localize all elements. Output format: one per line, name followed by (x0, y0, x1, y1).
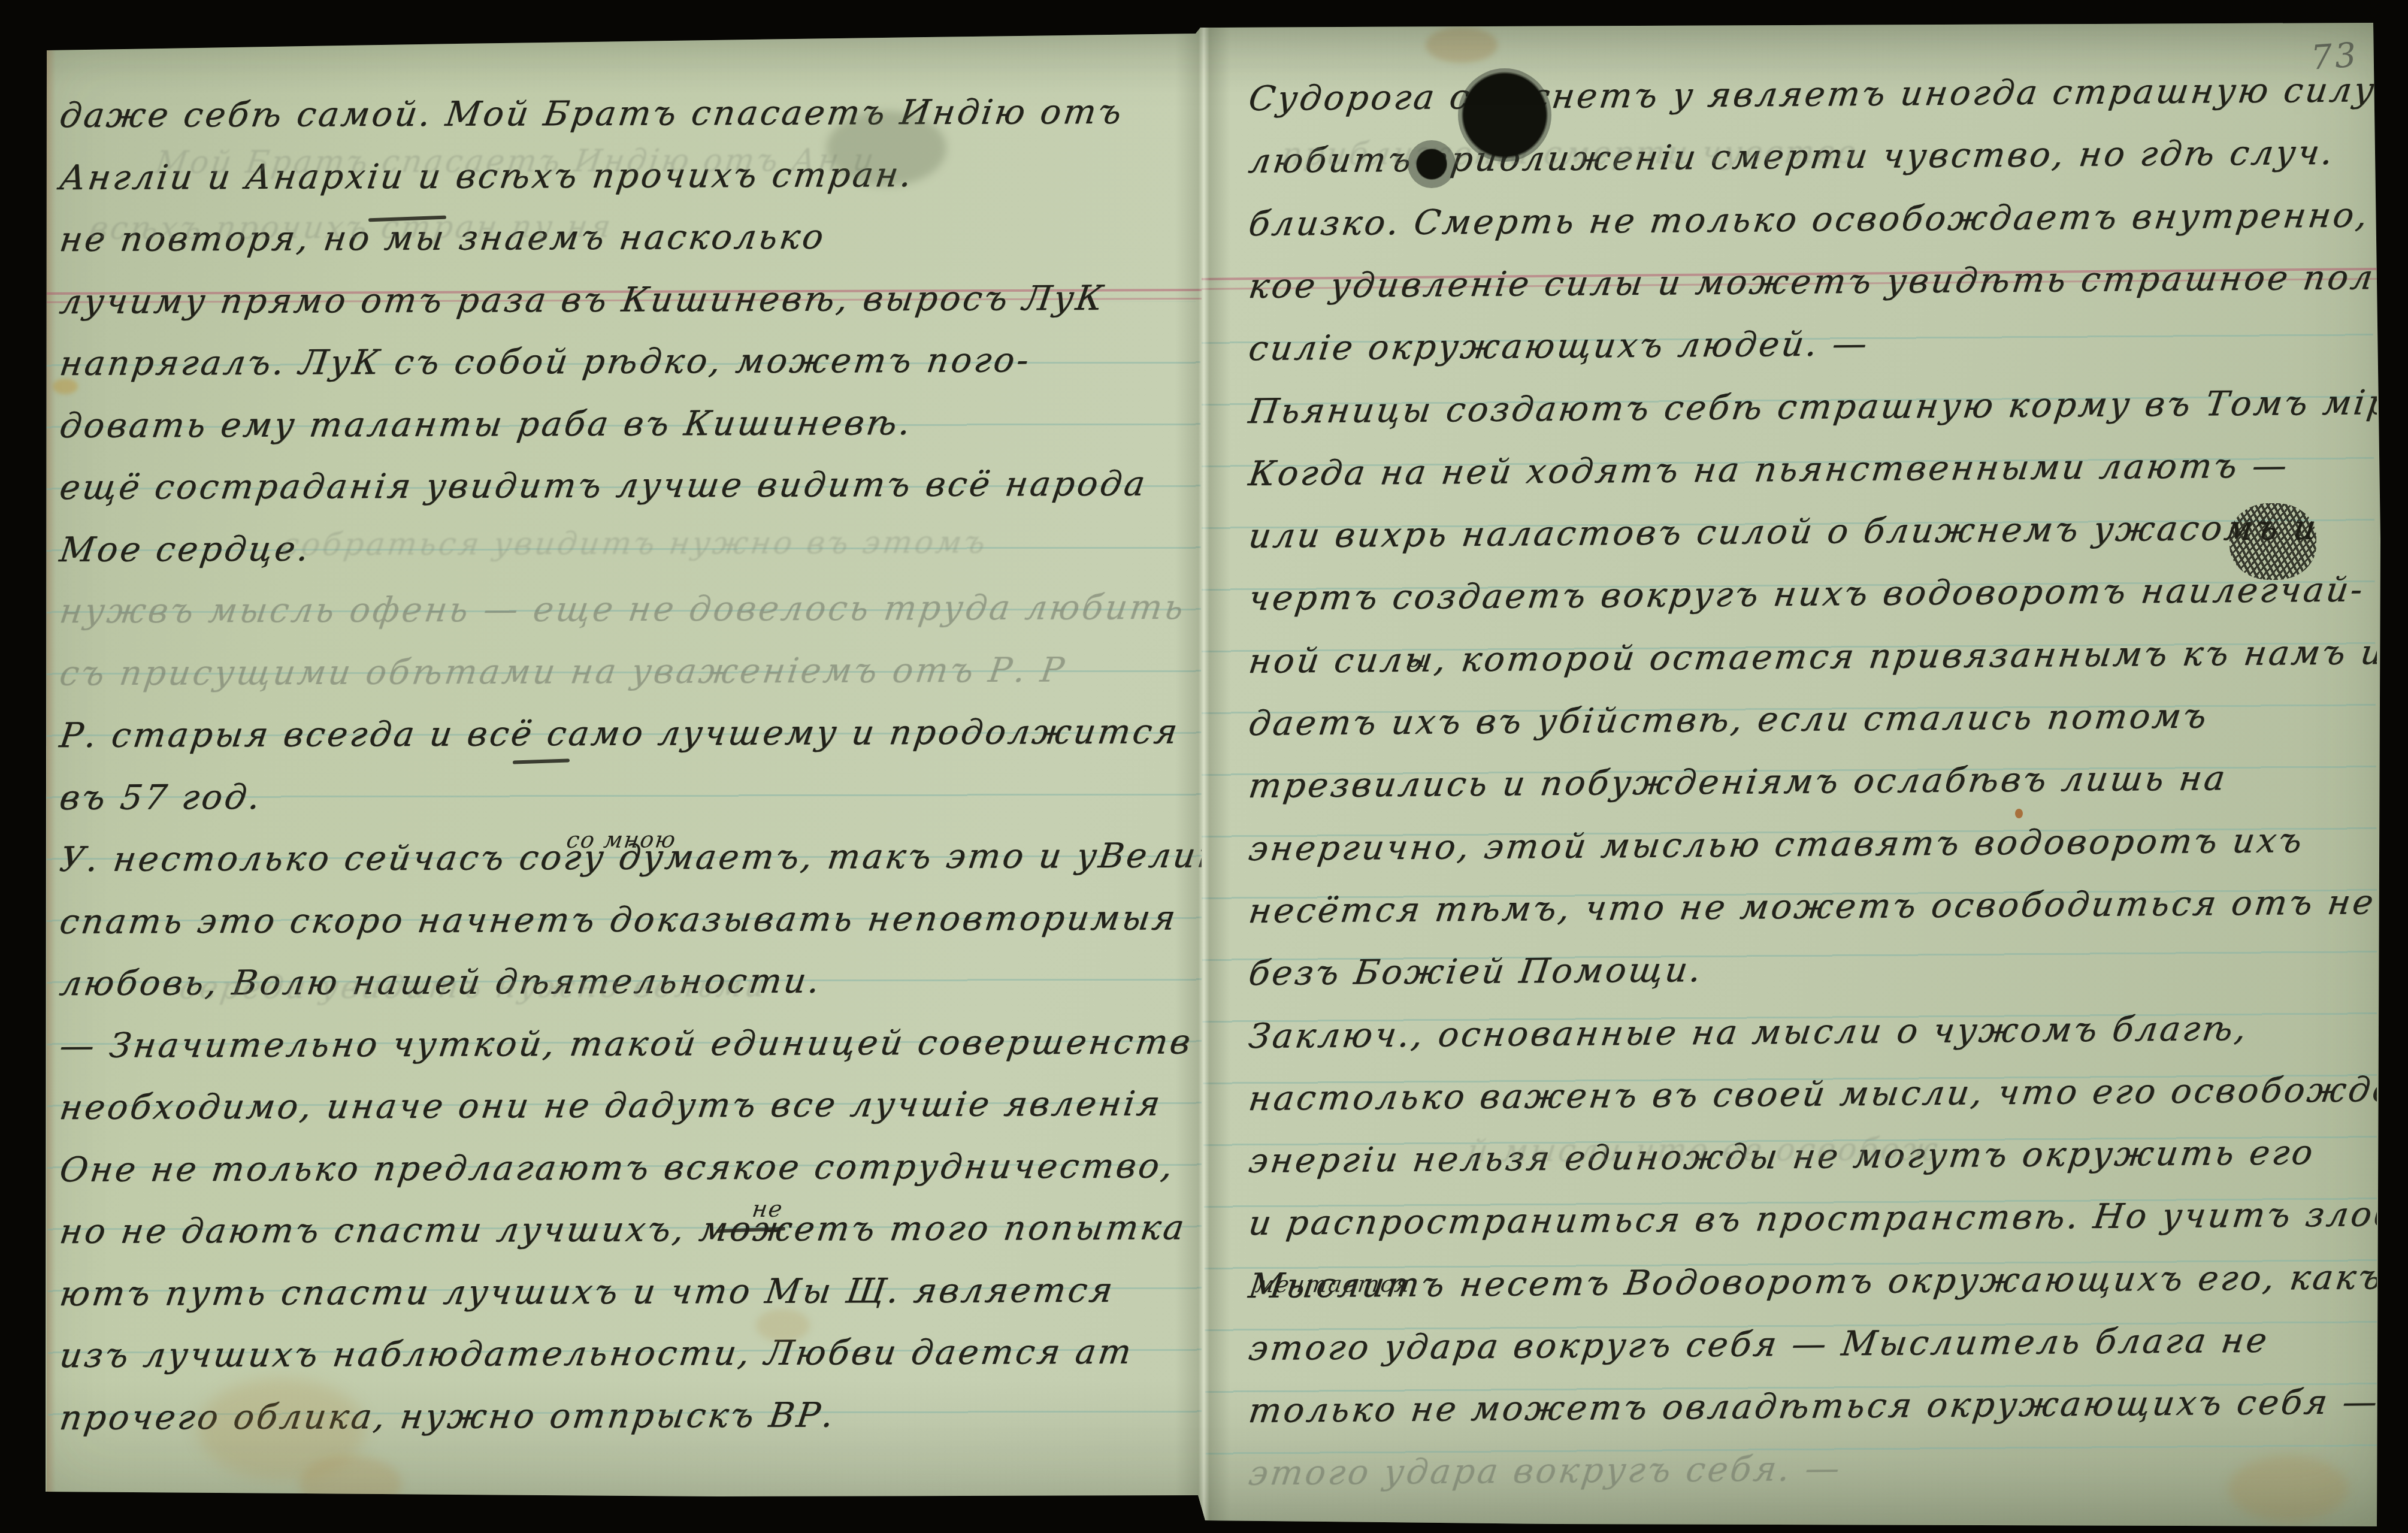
handwritten-line: нужвъ мысль офень — еще не довелось труд… (57, 588, 1188, 631)
handwritten-line: Мое сердце. (57, 529, 313, 569)
crossout-scribble (2229, 503, 2316, 580)
handwritten-line: напрягалъ. ЛуК съ собой рѣдко, можетъ по… (57, 340, 1033, 383)
ghost-pencil-line: Мой Братъ спасаетъ Индію отъ Ан и (153, 143, 878, 181)
handwritten-line: лучиму прямо отъ раза въ Кишиневѣ, вырос… (57, 278, 1108, 321)
handwritten-line: ещё состраданія увидитъ лучше видитъ всё… (57, 464, 1149, 507)
handwritten-line: но не даютъ спасти лучшихъ, можетъ того … (57, 1208, 1188, 1251)
ink-blot-large (1458, 68, 1551, 162)
handwritten-line: безъ Божіей Помощи. (1247, 950, 1706, 993)
handwritten-line: Оне не только предлагаютъ всякое сотрудн… (57, 1146, 1177, 1189)
handwritten-line: довать ему таланты раба въ Кишиневѣ. (57, 403, 915, 446)
page-left: даже себѣ самой. Мой Братъ спасаетъ Инді… (47, 36, 1202, 1495)
handwritten-line: съ присущими обѣтами на уваженіемъ отъ Р… (57, 651, 1069, 694)
handwritten-line: Р. старыя всегда и всё само лучшему и пр… (57, 712, 1182, 755)
handwritten-line: Заключ., основанные на мысли о чужомъ бл… (1247, 1008, 2251, 1056)
handwritten-line: Судорога стиснетъ у являетъ иногда страш… (1247, 70, 2377, 119)
ghost-pencil-line: й мысли что ее освобож (1465, 1132, 1942, 1169)
handwritten-line: силіе окружающихъ людей. — (1247, 324, 1872, 368)
handwritten-line: изъ лучшихъ наблюдательности, Любви дает… (57, 1332, 1136, 1375)
handwritten-line: даетъ ихъ въ убійствѣ, если стались пото… (1247, 696, 2212, 743)
ghost-pencil-line: середи увидитъ нужно вельми (177, 969, 770, 1006)
handwritten-line: необходимо, иначе они не дадутъ все лучш… (57, 1084, 1164, 1127)
handwritten-line: трезвились и побужденіямъ ослабѣвъ лишь … (1247, 758, 2230, 806)
ghost-pencil-line: собраться увидитъ нужно въ этомъ (279, 525, 990, 563)
handwritten-line: даже себѣ самой. Мой Братъ спасаетъ Инді… (57, 92, 1126, 135)
handwritten-line: этого удара вокругъ себя. — (1247, 1449, 1845, 1493)
interlinear-insertion: со мною (565, 826, 678, 853)
handwritten-line: близко. Смерть не только освобождаетъ вн… (1247, 193, 2377, 244)
handwritten-line: энергично, этой мыслью ставятъ водоворот… (1247, 821, 2307, 869)
handwritten-line: въ 57 год. (57, 777, 265, 817)
ghost-pencil-line: приближеніи смерти чувство (1279, 135, 1861, 173)
interlinear-insertion: не (751, 1196, 785, 1222)
notebook-spread: даже себѣ самой. Мой Братъ спасаетъ Инді… (0, 0, 2408, 1533)
handwritten-line: — Значительно чуткой, такой единицей сов… (57, 1022, 1195, 1066)
handwritten-line: прочего облика, нужно отпрыскъ ВР. (57, 1395, 838, 1438)
handwritten-line: ютъ путь спасти лучшихъ и что Мы Щ. явля… (57, 1270, 1117, 1313)
interlinear-insertion: ы (1406, 646, 1429, 672)
ghost-pencil-line: всѣхъ прочихъ стран пу ня (87, 209, 615, 247)
handwritten-line: Когда на ней ходятъ на пьянственными лаю… (1247, 446, 2292, 494)
scanned-diary-photo: { "document": { "page_number": "73", "co… (0, 0, 2408, 1533)
page-right: Судорога стиснетъ у являетъ иногда страш… (1202, 24, 2377, 1525)
binding-gutter-crease (1175, 26, 1230, 1522)
handwritten-line: спать это скоро начнетъ доказывать непов… (57, 898, 1180, 942)
interlinear-insertion: мечтается (1254, 1271, 1412, 1298)
page-number: 73 (2310, 35, 2360, 77)
handwritten-line: этого удара вокругъ себя — Мыслитель бла… (1247, 1321, 2272, 1368)
ink-blot-small (1408, 140, 1456, 188)
